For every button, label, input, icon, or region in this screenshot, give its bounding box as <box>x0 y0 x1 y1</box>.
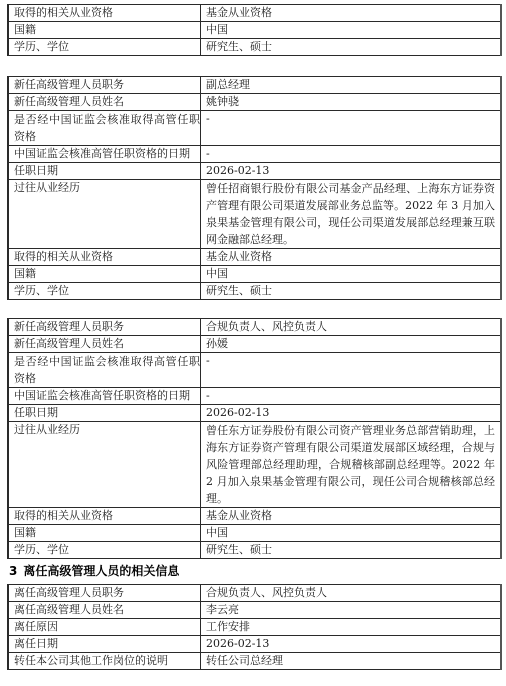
row-value: 曾任东方证券股份有限公司资产管理业务总部营销助理，上海东方证券资产管理有限公司渠… <box>201 422 502 508</box>
row-value: 基金从业资格 <box>201 249 502 266</box>
row-label: 学历、学位 <box>8 39 201 56</box>
table-row: 转任本公司其他工作岗位的说明 转任公司总经理 <box>8 653 501 670</box>
table-row: 离任日期 2026-02-13 <box>8 636 501 653</box>
table-row: 过往从业经历 曾任东方证券股份有限公司资产管理业务总部营销助理，上海东方证券资产… <box>8 422 501 508</box>
row-value: 研究生、硕士 <box>201 542 502 559</box>
row-value: - <box>201 353 502 388</box>
table-row: 取得的相关从业资格 基金从业资格 <box>8 508 501 525</box>
row-value: 姚钟骁 <box>201 94 502 111</box>
row-label: 国籍 <box>8 22 201 39</box>
table-row: 新任高级管理人员姓名 孙媛 <box>8 336 501 353</box>
row-label: 过往从业经历 <box>8 422 201 508</box>
row-label: 取得的相关从业资格 <box>8 249 201 266</box>
row-value: 2026-02-13 <box>201 163 502 180</box>
table-row: 中国证监会核准高管任职资格的日期 - <box>8 388 501 405</box>
section-number: 3 <box>9 564 17 578</box>
row-value: 李云亮 <box>201 602 502 619</box>
table-row: 新任高级管理人员姓名 姚钟骁 <box>8 94 501 111</box>
section-title: 离任高级管理人员的相关信息 <box>23 564 179 578</box>
table-row: 取得的相关从业资格 基金从业资格 <box>8 5 501 22</box>
row-label: 离任高级管理人员姓名 <box>8 602 201 619</box>
row-value: 2026-02-13 <box>201 636 502 653</box>
row-value: 转任公司总经理 <box>201 653 502 670</box>
row-label: 是否经中国证监会核准取得高管任职资格 <box>8 353 201 388</box>
row-value: 合规负责人、风控负责人 <box>201 585 502 602</box>
row-label: 取得的相关从业资格 <box>8 5 201 22</box>
row-label: 国籍 <box>8 266 201 283</box>
row-label: 离任原因 <box>8 619 201 636</box>
row-value: 工作安排 <box>201 619 502 636</box>
table-row: 是否经中国证监会核准取得高管任职资格 - <box>8 111 501 146</box>
row-label: 学历、学位 <box>8 542 201 559</box>
row-label: 是否经中国证监会核准取得高管任职资格 <box>8 111 201 146</box>
row-value: 基金从业资格 <box>201 5 502 22</box>
row-value: 2026-02-13 <box>201 405 502 422</box>
row-label: 取得的相关从业资格 <box>8 508 201 525</box>
row-label: 新任高级管理人员姓名 <box>8 336 201 353</box>
table-row: 学历、学位 研究生、硕士 <box>8 39 501 56</box>
row-label: 新任高级管理人员姓名 <box>8 94 201 111</box>
row-label: 过往从业经历 <box>8 180 201 249</box>
row-value: 研究生、硕士 <box>201 283 502 300</box>
table-row: 离任高级管理人员姓名 李云亮 <box>8 602 501 619</box>
table-row: 国籍 中国 <box>8 525 501 542</box>
table-row: 是否经中国证监会核准取得高管任职资格 - <box>8 353 501 388</box>
table-row: 学历、学位 研究生、硕士 <box>8 283 501 300</box>
row-label: 国籍 <box>8 525 201 542</box>
section-heading: 3离任高级管理人员的相关信息 <box>9 562 179 579</box>
row-value: 合规负责人、风控负责人 <box>201 319 502 336</box>
previous-manager-info-table: 取得的相关从业资格 基金从业资格 国籍 中国 学历、学位 研究生、硕士 <box>7 4 502 56</box>
table-row: 新任高级管理人员职务 副总经理 <box>8 77 501 94</box>
row-label: 离任日期 <box>8 636 201 653</box>
row-label: 中国证监会核准高管任职资格的日期 <box>8 388 201 405</box>
row-value: 基金从业资格 <box>201 508 502 525</box>
new-manager-1-table: 新任高级管理人员职务 副总经理 新任高级管理人员姓名 姚钟骁 是否经中国证监会核… <box>7 76 502 300</box>
row-value: 副总经理 <box>201 77 502 94</box>
row-value: - <box>201 388 502 405</box>
table-row: 离任原因 工作安排 <box>8 619 501 636</box>
table-row: 国籍 中国 <box>8 22 501 39</box>
row-label: 中国证监会核准高管任职资格的日期 <box>8 146 201 163</box>
row-value: 中国 <box>201 22 502 39</box>
row-value: - <box>201 111 502 146</box>
row-label: 转任本公司其他工作岗位的说明 <box>8 653 201 670</box>
row-value: 研究生、硕士 <box>201 39 502 56</box>
row-value: - <box>201 146 502 163</box>
table-row: 任职日期 2026-02-13 <box>8 405 501 422</box>
row-label: 新任高级管理人员职务 <box>8 77 201 94</box>
departing-manager-table: 离任高级管理人员职务 合规负责人、风控负责人 离任高级管理人员姓名 李云亮 离任… <box>7 584 502 670</box>
row-label: 任职日期 <box>8 163 201 180</box>
row-label: 任职日期 <box>8 405 201 422</box>
row-label: 离任高级管理人员职务 <box>8 585 201 602</box>
row-value: 孙媛 <box>201 336 502 353</box>
row-label: 新任高级管理人员职务 <box>8 319 201 336</box>
row-value: 曾任招商银行股份有限公司基金产品经理、上海东方证券资产管理有限公司渠道发展部业务… <box>201 180 502 249</box>
table-row: 任职日期 2026-02-13 <box>8 163 501 180</box>
row-value: 中国 <box>201 266 502 283</box>
row-label: 学历、学位 <box>8 283 201 300</box>
new-manager-2-table: 新任高级管理人员职务 合规负责人、风控负责人 新任高级管理人员姓名 孙媛 是否经… <box>7 318 502 559</box>
table-row: 国籍 中国 <box>8 266 501 283</box>
row-value: 中国 <box>201 525 502 542</box>
table-row: 取得的相关从业资格 基金从业资格 <box>8 249 501 266</box>
table-row: 离任高级管理人员职务 合规负责人、风控负责人 <box>8 585 501 602</box>
table-row: 过往从业经历 曾任招商银行股份有限公司基金产品经理、上海东方证券资产管理有限公司… <box>8 180 501 249</box>
table-row: 学历、学位 研究生、硕士 <box>8 542 501 559</box>
table-row: 中国证监会核准高管任职资格的日期 - <box>8 146 501 163</box>
table-row: 新任高级管理人员职务 合规负责人、风控负责人 <box>8 319 501 336</box>
